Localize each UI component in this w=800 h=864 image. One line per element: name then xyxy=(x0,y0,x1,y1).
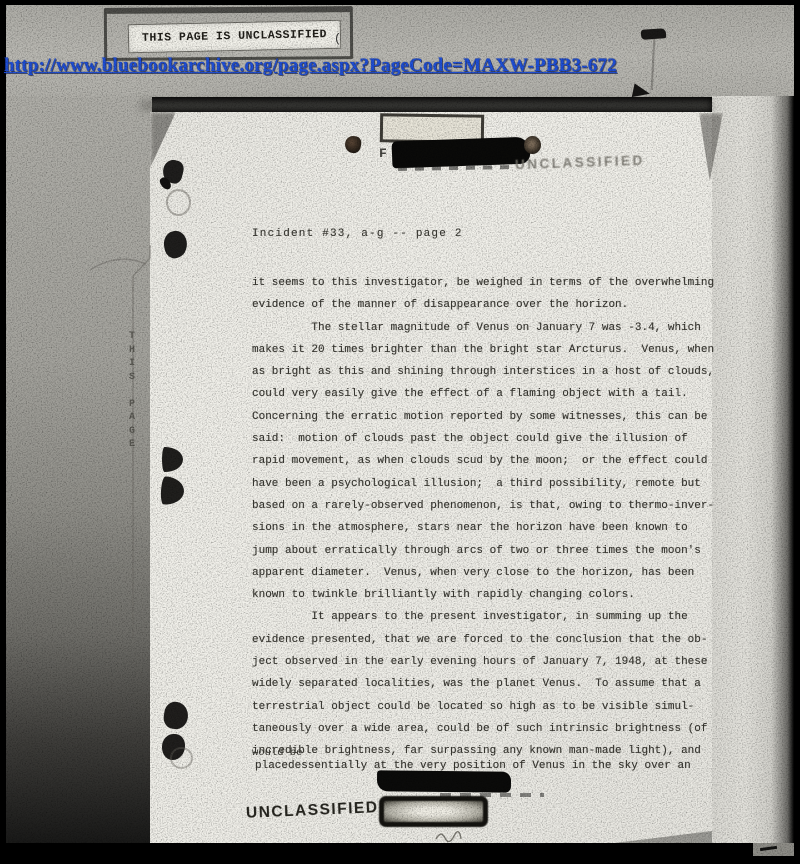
document-body-text: it seems to this investigator, be weighe… xyxy=(252,272,727,763)
page-top-shadow xyxy=(140,100,712,111)
scanned-document-screenshot: T H I S P A G E THIS PAGE IS UNCLASSIFIE… xyxy=(0,0,800,864)
bluebook-archive-url[interactable]: http://www.bluebookarchive.org/page.aspx… xyxy=(4,55,617,77)
pencil-squiggle xyxy=(434,828,464,844)
fastener-dot-right xyxy=(524,136,541,154)
interline-insertion: would be xyxy=(252,747,302,759)
unclassified-page-stamp-text: THIS PAGE IS UNCLASSIFIED xyxy=(142,28,327,45)
unclassified-page-stamp: THIS PAGE IS UNCLASSIFIED xyxy=(128,20,342,53)
redaction-bar-bottom xyxy=(377,770,511,792)
document-last-line: placedessentially at the very position o… xyxy=(255,760,691,772)
punch-hole-ring xyxy=(166,189,191,216)
incident-header-line: Incident #33, a-g -- page 2 xyxy=(252,228,463,240)
scan-background-bottom-band xyxy=(0,843,800,864)
underlying-stamp-letters: T H I S P A G E xyxy=(129,330,135,452)
redaction-bar-top xyxy=(392,137,531,169)
blurred-stamp-box xyxy=(379,796,488,827)
punch-hole-ring xyxy=(170,747,193,769)
ink-arrow-mark xyxy=(632,83,652,100)
stamp-stray-mark: ( xyxy=(334,32,341,46)
underlying-page-edge xyxy=(88,240,158,660)
redacted-partial-letter: F xyxy=(379,146,387,161)
